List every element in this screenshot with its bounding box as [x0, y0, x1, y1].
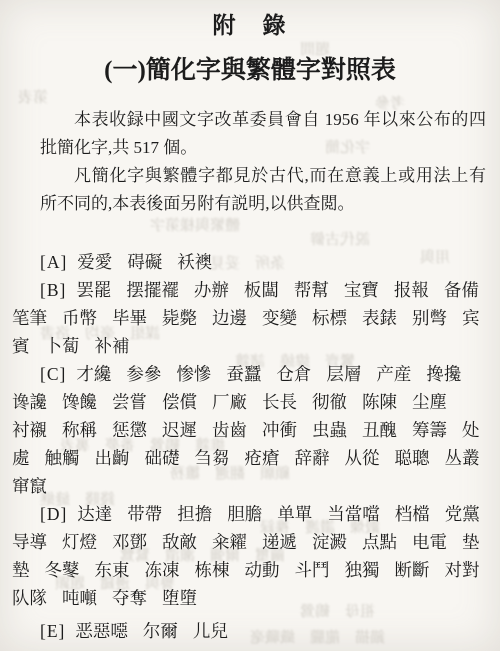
simplified-traditional-pair: 夺奪: [112, 584, 147, 612]
simplified-traditional-pair: 陈陳: [362, 388, 397, 416]
simplified-traditional-pair: 称稱: [62, 416, 97, 444]
simplified-traditional-pair: 宾: [462, 304, 480, 332]
character-row: 队隊吨噸夺奪堕墮: [12, 584, 492, 612]
simplified-traditional-pair: 偿償: [162, 388, 197, 416]
simplified-traditional-pair: 吨噸: [62, 584, 97, 612]
simplified-traditional-pair: 窜竄: [12, 472, 47, 500]
simplified-traditional-pair: 袄襖: [177, 248, 212, 276]
simplified-traditional-pair: 淀澱: [312, 528, 347, 556]
simplified-traditional-pair: 賓: [12, 332, 30, 360]
simplified-traditional-pair: 辞辭: [295, 444, 330, 472]
simplified-traditional-pair: 板闆: [244, 276, 279, 304]
intro-paragraph-1: 本表收録中國文字改革委員會自 1956 年以來公布的四批簡化字,共 517 個。: [0, 106, 500, 162]
simplified-traditional-pair: 灯燈: [62, 528, 97, 556]
simplified-traditional-pair: 儿兒: [193, 617, 228, 645]
simplified-traditional-pair: 冻凍: [145, 556, 180, 584]
character-row: [D]达達带帶担擔胆膽单單当當噹档檔党黨: [12, 500, 492, 528]
simplified-traditional-pair: 卜蔔: [45, 332, 80, 360]
simplified-traditional-pair: 丛叢: [445, 444, 480, 472]
section-title: (一)簡化字與繁體字對照表: [0, 54, 500, 88]
simplified-traditional-pair: 尝嘗: [112, 388, 147, 416]
simplified-traditional-pair: 搀攙: [426, 360, 461, 388]
simplified-traditional-pair: 档檔: [395, 500, 430, 528]
simplified-traditional-pair: 聪聰: [395, 444, 430, 472]
character-row: 賓卜蔔补補: [12, 332, 492, 360]
simplified-traditional-pair: 产産: [376, 360, 411, 388]
simplified-traditional-pair: 衬襯: [12, 416, 47, 444]
page-title: 附 錄: [0, 0, 500, 40]
character-row: [E]恶惡噁尔爾儿兒: [12, 617, 492, 645]
simplified-traditional-pair: 斗鬥: [295, 556, 330, 584]
simplified-traditional-pair: 点點: [362, 528, 397, 556]
section-label: [A]: [40, 248, 67, 276]
simplified-traditional-pair: 带帶: [127, 500, 162, 528]
simplified-traditional-pair: 队隊: [12, 584, 47, 612]
simplified-traditional-pair: 筹籌: [412, 416, 447, 444]
simplified-traditional-pair: 摆擺襬: [126, 276, 179, 304]
section-label: [C]: [40, 360, 66, 388]
character-row: 處触觸出齣础礎刍芻疮瘡辞辭从從聪聰丛叢: [12, 444, 492, 472]
simplified-traditional-pair: 断斷: [395, 556, 430, 584]
simplified-traditional-pair: 独獨: [345, 556, 380, 584]
character-row: 衬襯称稱惩懲迟遲齿齒冲衝虫蟲丑醜筹籌处: [12, 416, 492, 444]
simplified-traditional-pair: 敌敵: [162, 528, 197, 556]
simplified-traditional-pair: 础礎: [145, 444, 180, 472]
simplified-traditional-pair: 恶惡噁: [75, 617, 128, 645]
simplified-traditional-pair: 从從: [345, 444, 380, 472]
simplified-traditional-pair: 堕墮: [162, 584, 197, 612]
character-row: 墊冬鼕东東冻凍栋棟动動斗鬥独獨断斷对對: [12, 556, 492, 584]
simplified-traditional-pair: 担擔: [177, 500, 212, 528]
simplified-traditional-pair: 动動: [245, 556, 280, 584]
character-row: 窜竄: [12, 472, 492, 500]
simplified-traditional-pair: 毕畢: [112, 304, 147, 332]
character-row: [A]爱愛碍礙袄襖: [12, 248, 492, 276]
simplified-traditional-pair: 毙斃: [162, 304, 197, 332]
simplified-traditional-pair: 补補: [95, 332, 130, 360]
simplified-traditional-pair: 尘塵: [412, 388, 447, 416]
intro-paragraph-2: 凡簡化字與繁體字都見於古代,而在意義上或用法上有所不同的,本表後面另附有説明,以…: [0, 162, 500, 218]
simplified-traditional-pair: 变變: [262, 304, 297, 332]
simplified-traditional-pair: 东東: [95, 556, 130, 584]
simplified-traditional-pair: 别彆: [412, 304, 447, 332]
simplified-traditional-pair: 冬鼕: [45, 556, 80, 584]
character-row: [C]才纔参參惨慘蚕蠶仓倉层層产産搀攙: [12, 360, 492, 388]
simplified-traditional-pair: 刍芻: [195, 444, 230, 472]
simplified-traditional-pair: 厂廠: [212, 388, 247, 416]
simplified-traditional-pair: 达達: [77, 500, 112, 528]
simplified-traditional-pair: 当當噹: [327, 500, 380, 528]
simplified-traditional-pair: 丑醜: [362, 416, 397, 444]
simplified-traditional-pair: 出齣: [95, 444, 130, 472]
simplified-traditional-pair: 馋饞: [62, 388, 97, 416]
simplified-traditional-pair: 疮瘡: [245, 444, 280, 472]
simplified-traditional-pair: 谗讒: [12, 388, 47, 416]
simplified-traditional-pair: 迟遲: [162, 416, 197, 444]
character-row: 笔筆币幣毕畢毙斃边邊变變标標表錶别彆宾: [12, 304, 492, 332]
character-comparison-list: [A]爱愛碍礙袄襖[B]罢罷摆擺襬办辦板闆帮幫宝寶报報备備笔筆币幣毕畢毙斃边邊变…: [0, 248, 500, 645]
simplified-traditional-pair: 电電: [412, 528, 447, 556]
simplified-traditional-pair: 齿齒: [212, 416, 247, 444]
simplified-traditional-pair: 處: [12, 444, 30, 472]
simplified-traditional-pair: 触觸: [45, 444, 80, 472]
simplified-traditional-pair: 垫: [462, 528, 480, 556]
simplified-traditional-pair: 币幣: [62, 304, 97, 332]
simplified-traditional-pair: 冲衝: [262, 416, 297, 444]
simplified-traditional-pair: 层層: [326, 360, 361, 388]
section-label: [E]: [40, 617, 65, 645]
simplified-traditional-pair: 才纔: [76, 360, 111, 388]
page-content: 附 錄 (一)簡化字與繁體字對照表 本表收録中國文字改革委員會自 1956 年以…: [0, 0, 500, 645]
simplified-traditional-pair: 爱愛: [77, 248, 112, 276]
simplified-traditional-pair: 罢罷: [76, 276, 111, 304]
simplified-traditional-pair: 递遞: [262, 528, 297, 556]
simplified-traditional-pair: 碍礙: [127, 248, 162, 276]
simplified-traditional-pair: 惨慘: [176, 360, 211, 388]
simplified-traditional-pair: 边邊: [212, 304, 247, 332]
simplified-traditional-pair: 报報: [394, 276, 429, 304]
simplified-traditional-pair: 帮幫: [294, 276, 329, 304]
simplified-traditional-pair: 彻徹: [312, 388, 347, 416]
simplified-traditional-pair: 仓倉: [276, 360, 311, 388]
simplified-traditional-pair: 参參: [126, 360, 161, 388]
character-row: 谗讒馋饞尝嘗偿償厂廠长長彻徹陈陳尘塵: [12, 388, 492, 416]
simplified-traditional-pair: 处: [462, 416, 480, 444]
book-page: 題間第表考參字化簡體繁與様第字説代古僻用與条所 妥見謀組 毫均 洛書鸞齊 緯繞 …: [0, 0, 500, 651]
section-label: [D]: [40, 500, 67, 528]
simplified-traditional-pair: 备備: [444, 276, 479, 304]
character-row: [B]罢罷摆擺襬办辦板闆帮幫宝寶报報备備: [12, 276, 492, 304]
simplified-traditional-pair: 籴糴: [212, 528, 247, 556]
simplified-traditional-pair: 导導: [12, 528, 47, 556]
simplified-traditional-pair: 蚕蠶: [226, 360, 261, 388]
simplified-traditional-pair: 栋棟: [195, 556, 230, 584]
simplified-traditional-pair: 宝寶: [344, 276, 379, 304]
simplified-traditional-pair: 单單: [277, 500, 312, 528]
simplified-traditional-pair: 长長: [262, 388, 297, 416]
section-label: [B]: [40, 276, 66, 304]
simplified-traditional-pair: 党黨: [445, 500, 480, 528]
simplified-traditional-pair: 表錶: [362, 304, 397, 332]
simplified-traditional-pair: 尔爾: [143, 617, 178, 645]
simplified-traditional-pair: 邓鄧: [112, 528, 147, 556]
simplified-traditional-pair: 胆膽: [227, 500, 262, 528]
character-row: 导導灯燈邓鄧敌敵籴糴递遞淀澱点點电電垫: [12, 528, 492, 556]
simplified-traditional-pair: 墊: [12, 556, 30, 584]
simplified-traditional-pair: 对對: [445, 556, 480, 584]
simplified-traditional-pair: 惩懲: [112, 416, 147, 444]
simplified-traditional-pair: 办辦: [194, 276, 229, 304]
simplified-traditional-pair: 标標: [312, 304, 347, 332]
simplified-traditional-pair: 虫蟲: [312, 416, 347, 444]
simplified-traditional-pair: 笔筆: [12, 304, 47, 332]
